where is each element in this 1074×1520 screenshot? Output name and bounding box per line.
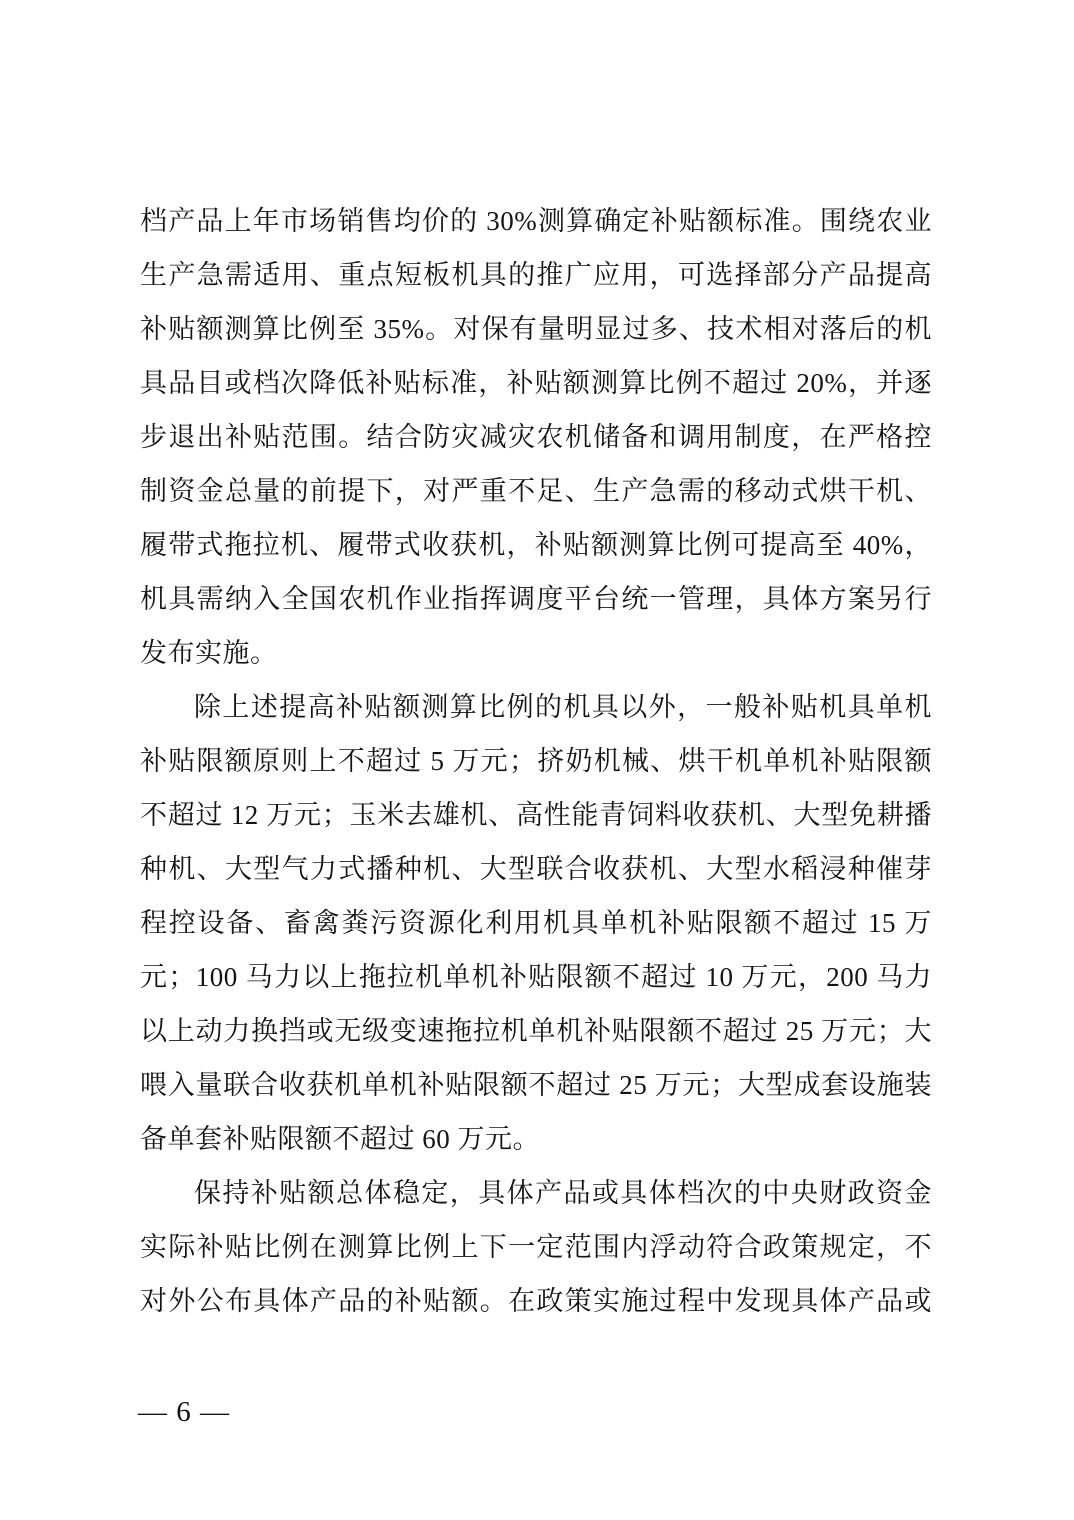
text-line: 不超过 12 万元；玉米去雄机、高性能青饲料收获机、大型免耕播 [140,788,932,842]
text-line: 制资金总量的前提下，对严重不足、生产急需的移动式烘干机、 [140,464,932,518]
text-line: 履带式拖拉机、履带式收获机，补贴额测算比例可提高至 40%， [140,518,932,572]
text-line: 具品目或档次降低补贴标准，补贴额测算比例不超过 20%，并逐 [140,356,932,410]
text-line: 备单套补贴限额不超过 60 万元。 [140,1112,932,1166]
text-line: 生产急需适用、重点短板机具的推广应用，可选择部分产品提高 [140,248,932,302]
text-line: 保持补贴额总体稳定，具体产品或具体档次的中央财政资金 [140,1166,932,1220]
text-line: 以上动力换挡或无级变速拖拉机单机补贴限额不超过 25 万元；大 [140,1004,932,1058]
text-line: 档产品上年市场销售均价的 30%测算确定补贴额标准。围绕农业 [140,194,932,248]
text-line: 种机、大型气力式播种机、大型联合收获机、大型水稻浸种催芽 [140,842,932,896]
text-line: 实际补贴比例在测算比例上下一定范围内浮动符合政策规定，不 [140,1220,932,1274]
document-body: 档产品上年市场销售均价的 30%测算确定补贴额标准。围绕农业生产急需适用、重点短… [140,194,932,1328]
document-page: 档产品上年市场销售均价的 30%测算确定补贴额标准。围绕农业生产急需适用、重点短… [0,0,1074,1520]
text-line: 元；100 马力以上拖拉机单机补贴限额不超过 10 万元，200 马力 [140,950,932,1004]
text-line: 步退出补贴范围。结合防灾减灾农机储备和调用制度，在严格控 [140,410,932,464]
text-line: 发布实施。 [140,626,932,680]
text-line: 喂入量联合收获机单机补贴限额不超过 25 万元；大型成套设施装 [140,1058,932,1112]
text-line: 补贴额测算比例至 35%。对保有量明显过多、技术相对落后的机 [140,302,932,356]
text-line: 对外公布具体产品的补贴额。在政策实施过程中发现具体产品或 [140,1274,932,1328]
text-line: 程控设备、畜禽粪污资源化利用机具单机补贴限额不超过 15 万 [140,896,932,950]
text-line: 除上述提高补贴额测算比例的机具以外，一般补贴机具单机 [140,680,932,734]
text-line: 补贴限额原则上不超过 5 万元；挤奶机械、烘干机单机补贴限额 [140,734,932,788]
page-number: — 6 — [138,1392,230,1432]
text-line: 机具需纳入全国农机作业指挥调度平台统一管理，具体方案另行 [140,572,932,626]
